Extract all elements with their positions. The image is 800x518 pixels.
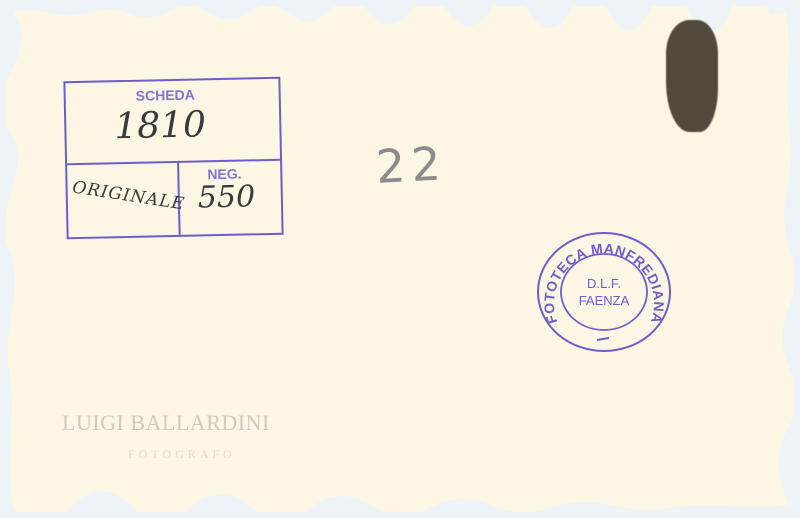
scheda-cell: SCHEDA 1810 — [65, 79, 280, 165]
archive-record-stamp: SCHEDA 1810 ORIGINALE NEG. 550 — [63, 77, 283, 240]
scheda-label: SCHEDA — [136, 87, 195, 104]
originale-cell: ORIGINALE — [67, 163, 180, 237]
torn-paper-stain — [666, 20, 718, 132]
neg-number: 550 — [197, 179, 255, 215]
fototeca-round-stamp: FOTOTECA MANFREDIANA D.L.F. FAENZA — [536, 231, 672, 353]
neg-cell: NEG. 550 — [179, 161, 281, 235]
originale-note: ORIGINALE — [71, 177, 186, 214]
scheda-number: 1810 — [114, 104, 206, 147]
round-stamp-dlf: D.L.F. — [587, 276, 621, 291]
round-stamp-mark — [597, 338, 609, 340]
photographer-subtitle: FOTOGRAFO — [128, 447, 236, 462]
pencil-number: 22 — [375, 136, 448, 194]
photographer-embossed-name: LUIGI BALLARDINI — [62, 410, 270, 436]
round-stamp-faenza: FAENZA — [579, 293, 630, 308]
